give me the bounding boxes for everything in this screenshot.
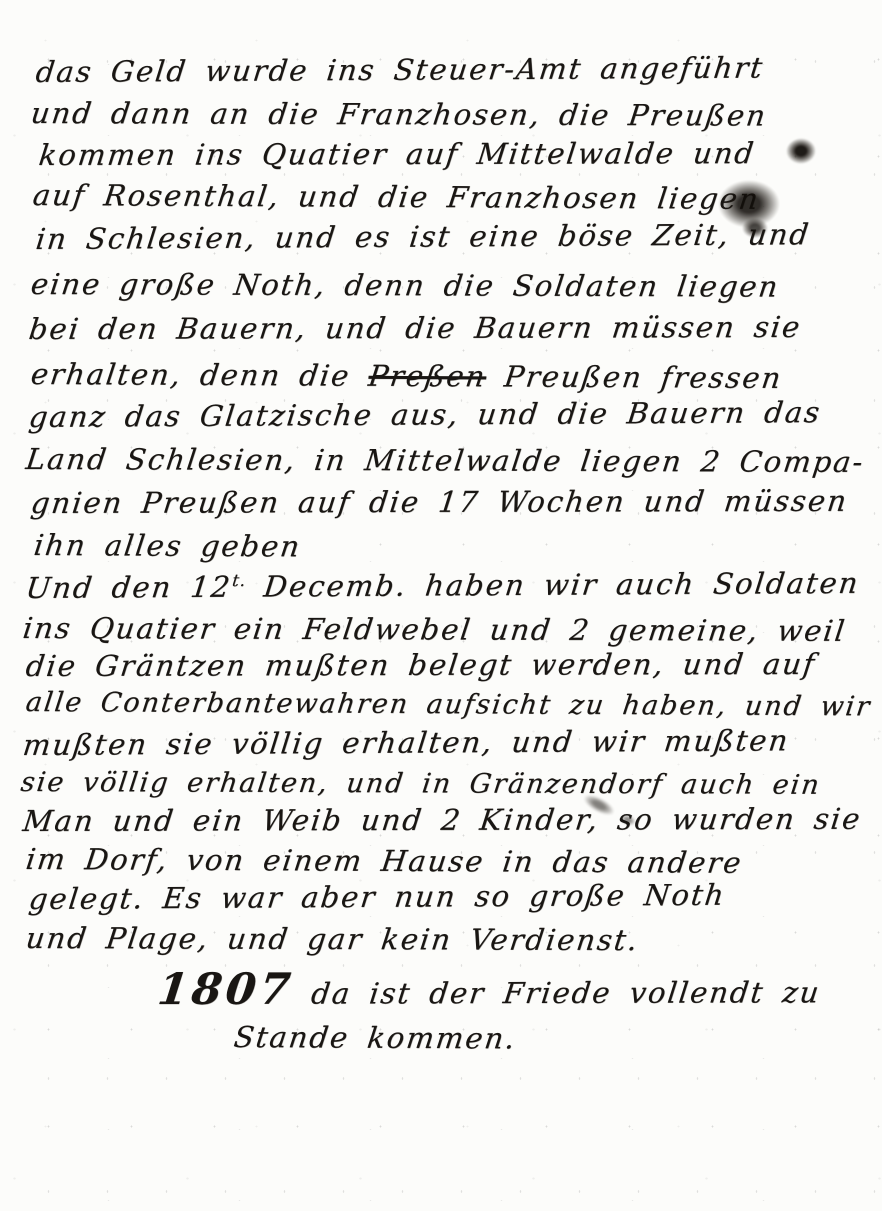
ink-blot — [742, 218, 768, 238]
manuscript-line: sie völlig erhalten, und in Gränzendorf … — [19, 767, 823, 801]
manuscript-line: mußten sie völlig erhalten, und wir mußt… — [21, 723, 791, 762]
manuscript-line: bei den Bauern, und die Bauern müssen si… — [27, 310, 803, 346]
manuscript-line: ihn alles geben — [32, 528, 303, 563]
manuscript-line: auf Rosenthal, und die Franzhosen liegen — [31, 178, 762, 216]
manuscript-line: gnien Preußen auf die 17 Wochen und müss… — [29, 484, 850, 520]
manuscript-line: Land Schlesien, in Mittelwalde liegen 2 … — [24, 442, 867, 479]
struck-word: Preßen — [366, 359, 488, 394]
manuscript-line: kommen ins Quatier auf Mittelwalde und — [37, 136, 757, 172]
manuscript-line: das Geld wurde ins Steuer-Amt angeführt — [34, 51, 766, 89]
manuscript-line: Stande kommen. — [232, 1020, 519, 1055]
manuscript-line: gelegt. Es war aber nun so große Noth — [27, 878, 727, 916]
manuscript-line: Man und ein Weib und 2 Kinder, so wurden… — [21, 802, 863, 838]
manuscript-line: Und den 12t. Decemb. haben wir auch Sold… — [24, 566, 861, 605]
line-text: erhalten, denn die — [29, 357, 371, 393]
line-text: Decemb. haben wir auch Soldaten — [244, 566, 862, 604]
manuscript-line: und Plage, und gar kein Verdienst. — [24, 921, 641, 957]
line-text: Und den 12 — [24, 570, 234, 605]
manuscript-page: das Geld wurde ins Steuer-Amt angeführt … — [0, 0, 882, 1211]
manuscript-line: die Gräntzen mußten belegt werden, und a… — [24, 647, 818, 683]
manuscript-line: ganz das Glatzische aus, und die Bauern … — [27, 395, 823, 434]
manuscript-line: 1807 da ist der Friede vollendt zu — [155, 963, 824, 1015]
manuscript-line: in Schlesien, und es ist eine böse Zeit,… — [34, 217, 812, 256]
line-text: Preußen fressen — [484, 359, 784, 395]
manuscript-line: alle Conterbantewahren aufsicht zu haben… — [24, 687, 873, 722]
manuscript-line: ins Quatier ein Feldwebel und 2 gemeine,… — [21, 611, 848, 648]
line-text: da ist der Friede vollendt zu — [291, 975, 822, 1010]
manuscript-line: und dann an die Franzhosen, die Preußen — [29, 96, 769, 133]
year-1807: 1807 — [155, 965, 297, 1015]
manuscript-line: eine große Noth, denn die Soldaten liege… — [29, 267, 782, 304]
manuscript-line: erhalten, denn die Preßen Preußen fresse… — [29, 357, 785, 395]
manuscript-line: im Dorf, von einem Hause in das andere — [24, 842, 745, 880]
